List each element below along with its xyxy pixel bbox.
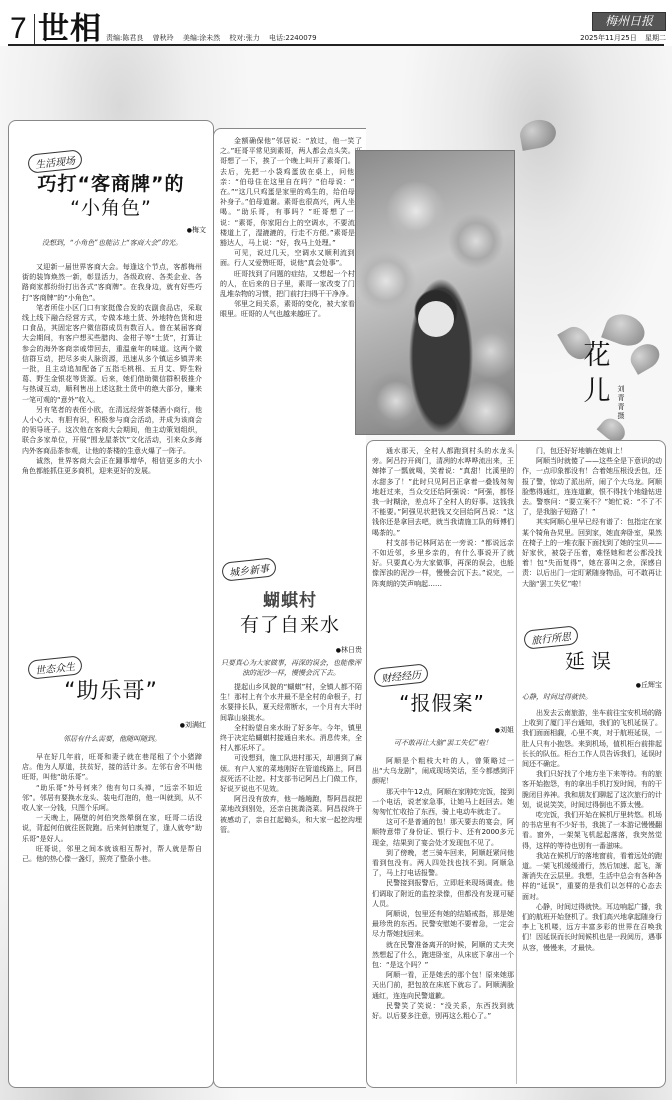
article3-body: 提起山乡风貌的“蝴蜞”村，全镇人都不陌生！那村上有个水井最不是全村的命根子，打水… bbox=[220, 682, 362, 1082]
paragraph: 就在民警准备离开的时候，阿顺的丈夫突然想起了什么，跑进卧室，从床底下拿出一个包：… bbox=[372, 940, 514, 971]
credit-proofreader: 校对:张力 bbox=[229, 34, 259, 42]
paragraph: 又迎新一届世界客商大会。每逢这个节点，客都梅州街的装饰焕然一新，彰显活力，各级政… bbox=[22, 262, 202, 303]
paragraph: 村支部书记林阿站在一旁说：“都说远亲不如近邻，乡里乡亲的，有什么事说开了就好。只… bbox=[372, 538, 514, 589]
article3-continued-body: 通水那天，全村人都跑到村头的水龙头旁。阿吕拧开阀门，清冽的水哗哗流出来，王婶捧了… bbox=[372, 446, 514, 646]
article4-lead: 可不敢再让大脑“罢工失忆”啦！ bbox=[372, 738, 514, 748]
article3-title-line1: 蝴蜞村 bbox=[215, 590, 365, 612]
paragraph: 一天晚上，隔壁的何伯突然晕倒在家，旺哥二话没说，背起何伯就往医院跑。后来何伯康复… bbox=[22, 813, 202, 844]
paragraph: 邻里之间关系，素哥的变化，被大家看在眼里。旺哥的人气也越来越旺了。 bbox=[220, 299, 362, 319]
paragraph: 那天中午12点，阿顺在家刚吃完饭，接到一个电话，说老家急事，让她马上赶回去。她匆… bbox=[372, 787, 514, 818]
article3-title-line2: 有了自来水 bbox=[215, 612, 365, 638]
paragraph: 提起山乡风貌的“蝴蜞”村，全镇人都不陌生！那村上有个水井最不是全村的命根子，打水… bbox=[220, 682, 362, 723]
photo-face bbox=[418, 301, 454, 337]
article1-title-line1: 巧打“客商牌”的 bbox=[16, 172, 206, 196]
article5-lead: 心静，时间过得就快。 bbox=[522, 692, 662, 702]
photographer-name: 刘青青 bbox=[618, 385, 625, 411]
article2-lead: 邻居有什么需要，他随叫随到。 bbox=[22, 734, 202, 744]
paragraph: 可见，说过几天，空调水又顺利流到地面。行人又爱赞旺哥，说他“真会处事”。 bbox=[220, 248, 362, 268]
poem-title: 花儿 bbox=[581, 338, 613, 410]
paragraph: 阿顺说，包里还有她的结婚戒指，那是她最珍贵的东西。民警安慰她不要着急，一定会尽力… bbox=[372, 909, 514, 940]
paragraph: 吃完饭，我们开始在候机厅里转悠。机场的书店里有不少好书，我挑了一本游记慢慢翻看。… bbox=[522, 810, 662, 851]
paragraph: 全村盼望自来水盼了好多年。今年，镇里终于决定给蝴蜞村接通自来水。消息传来，全村人… bbox=[220, 723, 362, 754]
column-divider bbox=[516, 444, 517, 1084]
article1-title-line2: “小角色” bbox=[16, 196, 206, 220]
dateline: 2025年11月25日 星期二 bbox=[574, 33, 666, 43]
paragraph: 民警接到报警后，立即赶来现场调查。他们调取了附近的监控录像，但都没有发现可疑人员… bbox=[372, 878, 514, 909]
paragraph: 早在好几年前，旺哥和妻子就在巷尾租了个小猪蹄店。他为人厚道，扶贫好，接的活计多。… bbox=[22, 752, 202, 783]
paragraph: 旺哥说，邻里之间本就该相互帮衬，帮人就是帮自己。他的热心像一盏灯，照亮了整条小巷… bbox=[22, 844, 202, 864]
article4-body: 阿顺是个粗枝大叶的人，曾策略过一出“大乌龙剧”，闹成现场笑话，至今都感到汗颜呢！… bbox=[372, 756, 514, 1082]
paragraph: 旺哥找到了问题的症结，又想起一个村里的人，在后来的日子里，素哥一家改变了门口乱堆… bbox=[220, 269, 362, 300]
credit-editor: 责编:陈君良 bbox=[106, 34, 143, 42]
masthead-divider bbox=[34, 14, 35, 44]
photo-credit-label: 摄 bbox=[618, 412, 625, 420]
paragraph: “助乐哥”外号何来？他有句口头禅，“远亲不如近邻”。邻居有要换水龙头、装电灯泡的… bbox=[22, 783, 202, 814]
newspaper-logo-text: 梅州日报 bbox=[605, 14, 653, 28]
article3-lead: 只要真心为大家做事，再深的误会，也能像浑浊的泥沙一样，慢慢会沉下去。 bbox=[220, 658, 362, 678]
issue-date: 2025年11月25日 bbox=[580, 34, 637, 42]
paragraph: 我站在候机厅的落地窗前，看着远处的跑道。一架飞机缓缓滑行，然后加速、起飞，渐渐消… bbox=[522, 851, 662, 902]
paragraph: 我们只好找了个地方坐下来等待。有的旅客开始抱怨，有的拿出手机打发时间，有的干脆闭… bbox=[522, 769, 662, 810]
credit-designer: 美编:涂未然 bbox=[183, 34, 220, 42]
article5-title: 延误 bbox=[518, 648, 664, 674]
paragraph: 笔者所住小区门口有家挺像合发的农副食品店，采取线上线下融合经营方式，专做本地土货… bbox=[22, 303, 202, 405]
article4-title: “报假案” bbox=[368, 690, 516, 716]
paragraph: 可没想到，施工队进村那天，却遇到了麻烦。有户人家的菜地刚好在管道线路上，阿昌叔死… bbox=[220, 753, 362, 794]
paragraph: 阿吕没有放弃，他一趟趟跑，帮阿昌叔把菜地改到别处，还亲自挑粪浇菜。阿昌叔终于被感… bbox=[220, 794, 362, 835]
article1-body: 又迎新一届世界客商大会。每逢这个节点，客都梅州街的装饰焕然一新，彰显活力，各级政… bbox=[22, 262, 202, 637]
page-masthead: 7 世相 责编:陈君良 曾秋玲 美编:涂未然 校对:张力 电话:2240079 … bbox=[0, 0, 672, 46]
paragraph: 阿顺是个粗枝大叶的人，曾策略过一出“大乌龙剧”，闹成现场笑话，至今都感到汗颜呢！ bbox=[372, 756, 514, 787]
article5-body: 出发去云南旅游，坐车前往宝安机场的路上收到了厦门平台通知，我们的飞机延误了。我们… bbox=[522, 708, 662, 1076]
article4-byline: 刘姐 bbox=[430, 725, 514, 735]
paragraph: 出发去云南旅游，坐车前往宝安机场的路上收到了厦门平台通知，我们的飞机延误了。我们… bbox=[522, 708, 662, 769]
paragraph: 阿顺当时就傻了——这些全是下意识的动作，一点印象都没有！合着她压根没丢包，还报了… bbox=[522, 456, 662, 517]
credit-phone: 电话:2240079 bbox=[269, 34, 317, 42]
paragraph: 到了傍晚，老三骑车回来，阿顺赶紧问他看到包没有。两人四处找也找不到。阿顺急了，马… bbox=[372, 848, 514, 879]
article4-continued-body: 门，包还好好地躺在她肩上！ 阿顺当时就傻了——这些全是下意识的动作，一点印象都没… bbox=[522, 446, 662, 596]
credit-editor-2: 曾秋玲 bbox=[153, 34, 174, 42]
article1-title: 巧打“客商牌”的 “小角色” bbox=[16, 172, 206, 220]
paragraph: 这可不是普通的包！那天要去的宴会，阿顺特意带了身份证、银行卡、还有2000多元现… bbox=[372, 817, 514, 848]
article1-lead: 没想到，“小角色”也能沾上“客商大会”的光。 bbox=[22, 238, 202, 248]
article2-continued-body: 金额确保他”邻居说：“放过，他一笑了之。”旺哥平常见到素哥，两人都会点头笑。旺哥… bbox=[220, 136, 362, 546]
paragraph: 诚然，世界客商大会正在踵事增华，相信更多的大小角色都能抓住更多商机，迎来更好的发… bbox=[22, 456, 202, 476]
newspaper-logo: 梅州日报 bbox=[592, 12, 666, 31]
paragraph: 金额确保他”邻居说：“放过，他一笑了之。”旺哥平常见到素哥，两人都会点头笑。旺哥… bbox=[220, 136, 362, 248]
paragraph: 民警笑了笑说：“没关系，东西找到就好。以后要多注意，别再这么粗心了。” bbox=[372, 1001, 514, 1021]
article5-byline: 丘辉宝 bbox=[580, 680, 662, 690]
article3-byline: 林日贵 bbox=[270, 645, 362, 655]
paragraph: 心静，时间过得就快。耳边响起广播，我们的航班开始登机了。我们高兴地拿起随身行李上… bbox=[522, 902, 662, 953]
paragraph: 阿顺一看，正是她丢的那个包！原来她那天出门前，把包放在床底下就忘了。阿顺满脸通红… bbox=[372, 970, 514, 1001]
page-number: 7 bbox=[10, 14, 27, 44]
paragraph: 门，包还好好地躺在她肩上！ bbox=[522, 446, 662, 456]
editor-credits: 责编:陈君良 曾秋玲 美编:涂未然 校对:张力 电话:2240079 bbox=[106, 33, 324, 43]
issue-weekday: 星期二 bbox=[645, 34, 666, 42]
paragraph: 通水那天，全村人都跑到村头的水龙头旁。阿吕拧开阀门，清冽的水哗哗流出来，王婶捧了… bbox=[372, 446, 514, 538]
photo-girl-with-flowers bbox=[355, 150, 515, 435]
paragraph: 另有笔者的表侄小欧，在清远经营茶楼酒小商行，他人小心大、有胆有识，积极参与商会活… bbox=[22, 405, 202, 456]
article2-title: “助乐哥” bbox=[16, 678, 206, 706]
poem-photo-credit: 刘青青 摄 bbox=[615, 385, 627, 421]
section-title: 世相 bbox=[38, 12, 102, 46]
paragraph: 其实阿顺心里早已经有谱了：包指定在家某个犄角旮旯里。回到家，她直奔卧室，果然在椅… bbox=[522, 517, 662, 588]
article1-byline: 梅文 bbox=[120, 225, 206, 235]
article2-byline: 刘满红 bbox=[120, 720, 206, 730]
article2-body: 早在好几年前，旺哥和妻子就在巷尾租了个小猪蹄店。他为人厚道，扶贫好，接的活计多。… bbox=[22, 752, 202, 1082]
